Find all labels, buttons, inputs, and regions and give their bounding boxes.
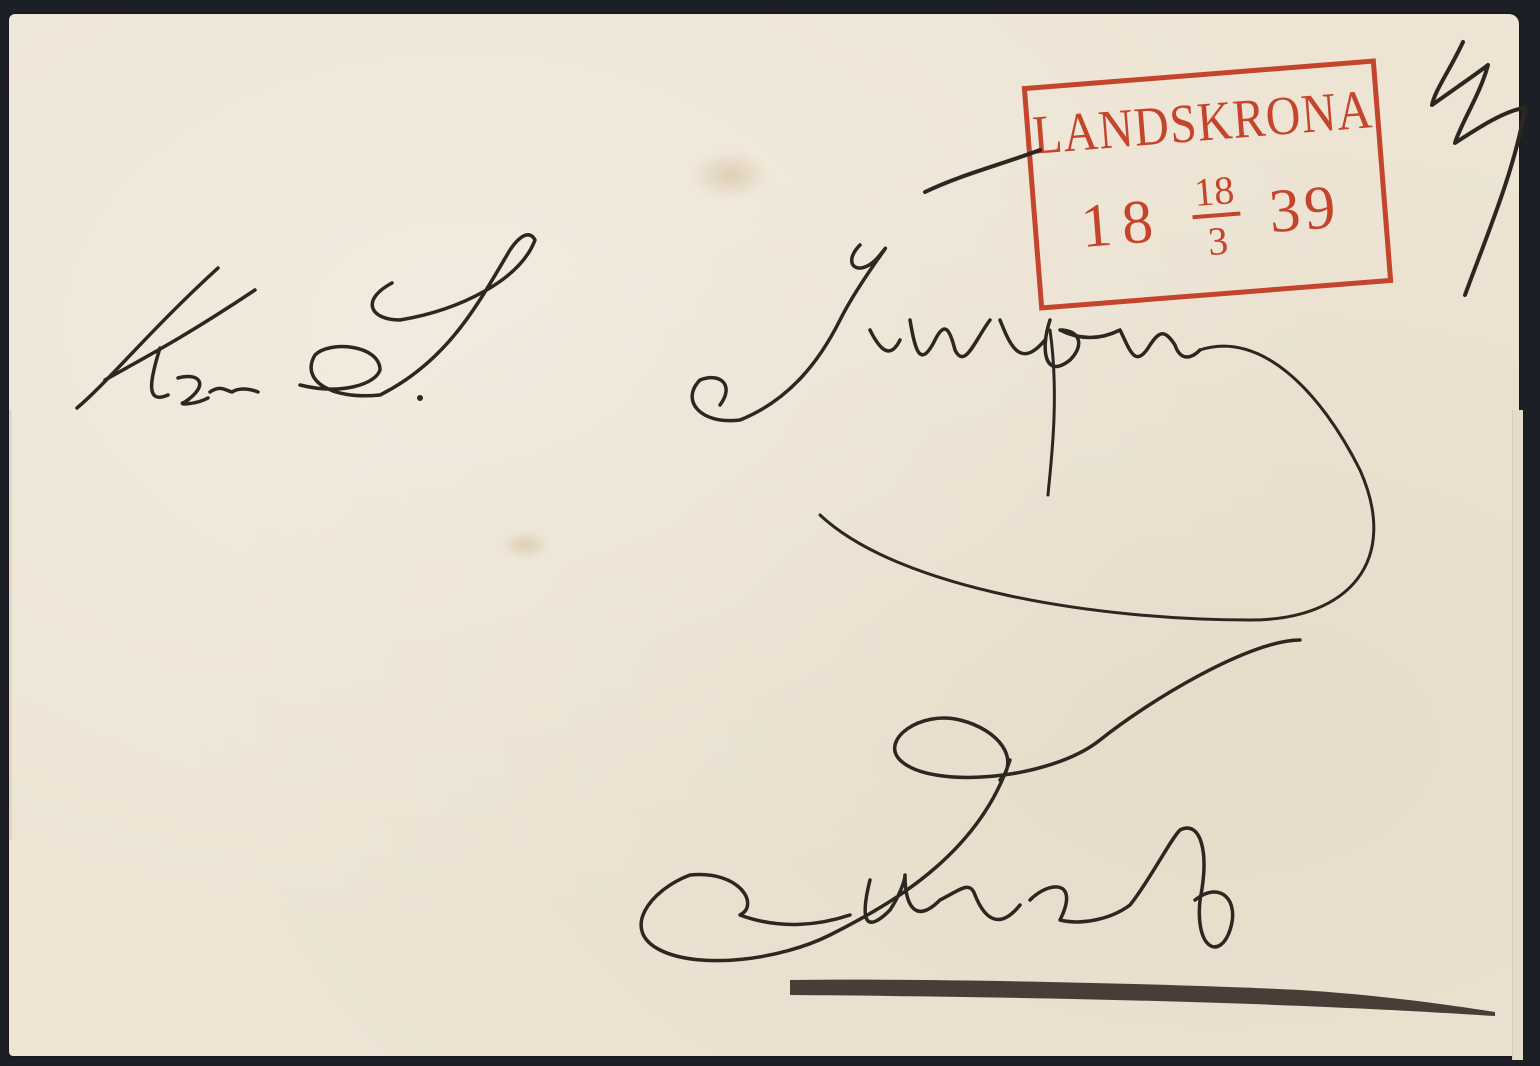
word-herr xyxy=(77,268,258,408)
word-jonsson xyxy=(692,245,1200,421)
word-s-initial xyxy=(300,235,535,396)
period-mark xyxy=(417,395,423,401)
address-underline xyxy=(790,980,1495,1016)
word-lund xyxy=(641,640,1300,961)
flourish-descender xyxy=(820,330,1374,620)
manuscript-rate-mark xyxy=(1432,42,1525,295)
handwriting-ink xyxy=(0,0,1540,1066)
flourish-stroke xyxy=(925,150,1040,192)
